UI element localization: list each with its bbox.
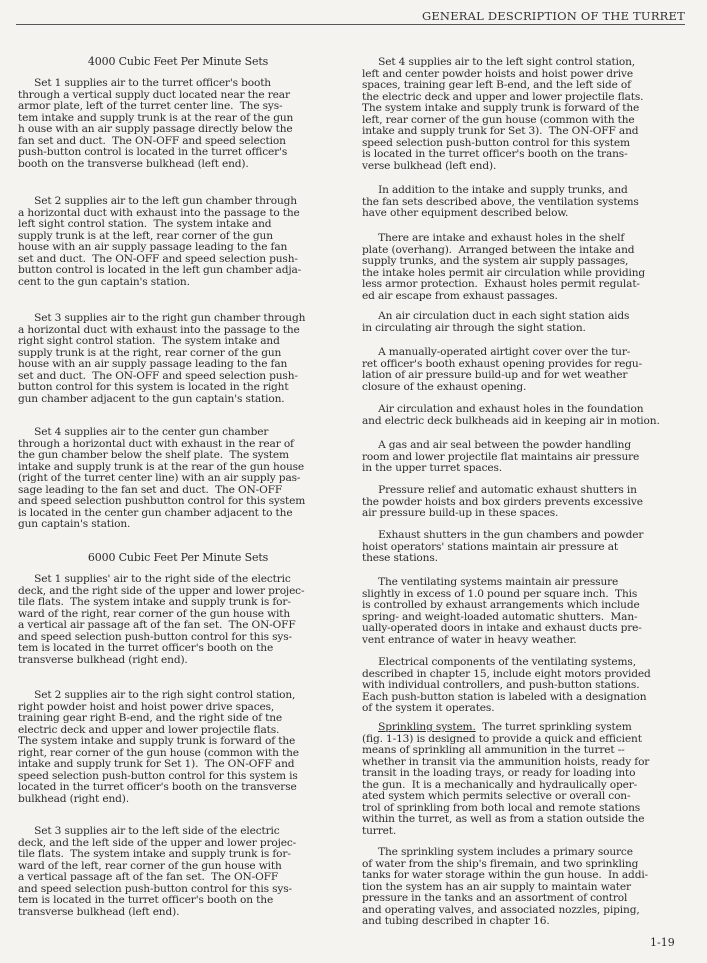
paragraph-circulation-duct: An air circulation duct in each sight st… (362, 311, 629, 334)
paragraph-6000-set-3: Set 3 supplies air to the left side of t… (18, 826, 296, 918)
paragraph-6000-set-2: Set 2 supplies air to the righ sight con… (18, 690, 299, 805)
paragraph-pressure-relief: Pressure relief and automatic exhaust sh… (362, 485, 643, 520)
paragraph-6000-set-4: Set 4 supplies air to the left sight con… (362, 57, 643, 172)
paragraph-4000-set-3: Set 3 supplies air to the right gun cham… (18, 313, 305, 405)
paragraph-shelf-plate-holes: There are intake and exhaust holes in th… (362, 233, 645, 302)
section-heading-4000-cfm: 4000 Cubic Feet Per Minute Sets (18, 56, 338, 68)
paragraph-4000-set-4: Set 4 supplies air to the center gun cha… (18, 427, 305, 531)
paragraph-other-equipment: In addition to the intake and supply tru… (362, 185, 639, 220)
sprinkling-system-run-in-heading: Sprinkling system. (378, 721, 476, 733)
sprinkling-body: (fig. 1-13) is designed to provide a qui… (362, 733, 649, 837)
paragraph-gas-air-seal: A gas and air seal between the powder ha… (362, 440, 639, 475)
section-heading-6000-cfm: 6000 Cubic Feet Per Minute Sets (18, 552, 338, 564)
paragraph-electrical-components: Electrical components of the ventilating… (362, 657, 651, 715)
paragraph-airtight-cover: A manually-operated airtight cover over … (362, 347, 642, 393)
left-column: 4000 Cubic Feet Per Minute Sets Set 1 su… (18, 0, 338, 115)
paragraph-6000-set-1: Set 1 supplies' air to the right side of… (18, 574, 304, 666)
paragraph-sprinkling-system: Sprinkling system. The turret sprinkling… (362, 722, 649, 837)
right-column: Set 4 supplies air to the left sight con… (362, 0, 688, 161)
paragraph-sprinkling-source: The sprinkling system includes a primary… (362, 847, 648, 928)
paragraph-foundation-holes: Air circulation and exhaust holes in the… (362, 404, 660, 427)
paragraph-4000-set-1: Set 1 supplies air to the turret officer… (18, 78, 293, 170)
paragraph-4000-set-2: Set 2 supplies air to the left gun chamb… (18, 196, 301, 288)
sprinkling-first-line: The turret sprinkling system (476, 721, 632, 733)
page-number: 1-19 (650, 936, 675, 949)
paragraph-exhaust-shutters: Exhaust shutters in the gun chambers and… (362, 530, 643, 565)
paragraph-air-pressure: The ventilating systems maintain air pre… (362, 577, 642, 646)
